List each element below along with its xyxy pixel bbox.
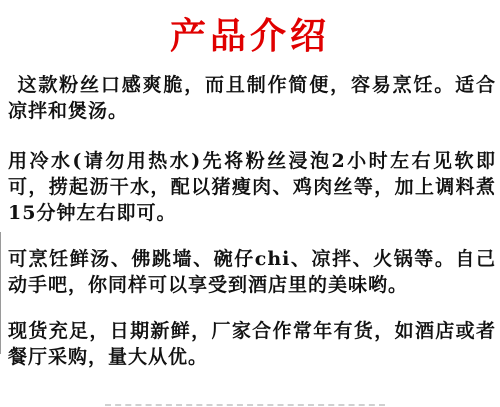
page-title: 产品介绍 <box>0 14 500 58</box>
paragraph-preparation: 用冷水(请勿用热水)先将粉丝浸泡2小时左右见软即可，捞起沥干水，配以猪瘦肉、鸡肉… <box>8 148 496 226</box>
bottom-dashed-divider <box>105 404 385 406</box>
paragraph-texture: 这款粉丝口感爽脆，而且制作简便，容易烹饪。适合凉拌和煲汤。 <box>8 72 496 124</box>
paragraph-uses: 可烹饪鲜汤、佛跳墙、碗仔chi、凉拌、火锅等。自己动手吧，你同样可以享受到酒店里… <box>8 246 496 298</box>
left-border-line <box>0 232 1 354</box>
paragraph-supply: 现货充足，日期新鲜，厂家合作常年有货，如酒店或者餐厅采购，量大从优。 <box>8 318 496 370</box>
